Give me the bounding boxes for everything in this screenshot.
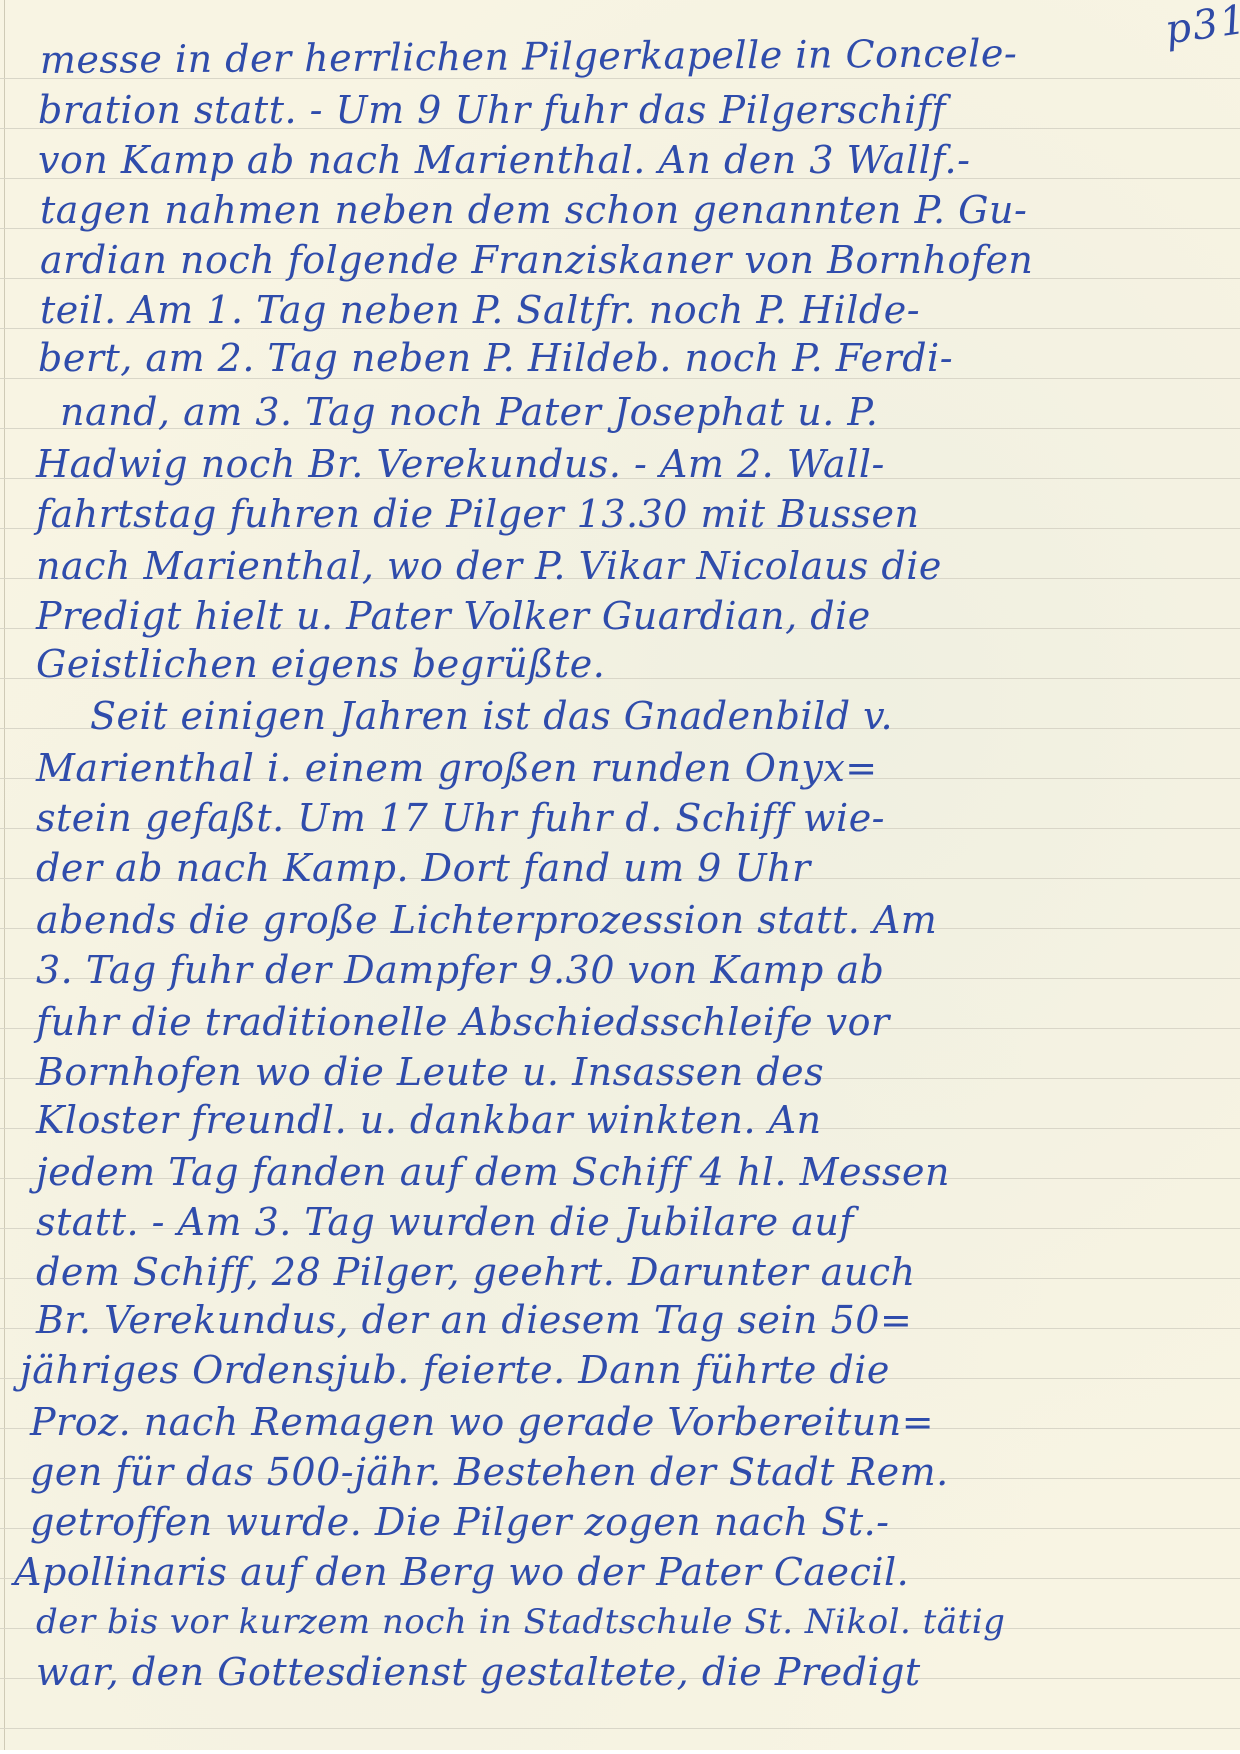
handwritten-line: nand, am 3. Tag noch Pater Josephat u. P…: [60, 392, 1240, 432]
handwritten-line: Apollinaris auf den Berg wo der Pater Ca…: [14, 1552, 1204, 1592]
handwritten-line: messe in der herrlichen Pilgerkapelle in…: [40, 32, 1230, 80]
handwritten-line: Geistlichen eigens begrüßte.: [36, 644, 1226, 684]
page-bottom-edge: [0, 1750, 1240, 1754]
handwritten-line: jedem Tag fanden auf dem Schiff 4 hl. Me…: [36, 1152, 1226, 1192]
handwritten-line: ardian noch folgende Franziskaner von Bo…: [40, 240, 1230, 280]
handwritten-line: fahrtstag fuhren die Pilger 13.30 mit Bu…: [36, 494, 1226, 534]
handwritten-line: stein gefaßt. Um 17 Uhr fuhr d. Schiff w…: [36, 798, 1226, 838]
handwritten-line: Br. Verekundus, der an diesem Tag sein 5…: [36, 1300, 1226, 1340]
handwritten-line: statt. - Am 3. Tag wurden die Jubilare a…: [36, 1202, 1226, 1242]
handwritten-line: jähriges Ordensjub. feierte. Dann führte…: [20, 1350, 1210, 1390]
handwritten-line: Seit einigen Jahren ist das Gnadenbild v…: [90, 696, 1240, 736]
margin-line: [4, 0, 5, 1750]
handwritten-line: bration statt. - Um 9 Uhr fuhr das Pilge…: [38, 90, 1228, 130]
handwritten-line: getroffen wurde. Die Pilger zogen nach S…: [30, 1502, 1220, 1542]
handwritten-line: von Kamp ab nach Marienthal. An den 3 Wa…: [38, 140, 1228, 180]
handwritten-line: Proz. nach Remagen wo gerade Vorbereitun…: [30, 1402, 1220, 1442]
handwritten-line: der ab nach Kamp. Dort fand um 9 Uhr: [36, 848, 1226, 888]
handwritten-line: Marienthal i. einem großen runden Onyx=: [36, 748, 1226, 788]
notebook-page: p31 messe in der herrlichen Pilgerkapell…: [0, 0, 1240, 1750]
handwritten-line: teil. Am 1. Tag neben P. Saltfr. noch P.…: [40, 290, 1230, 330]
handwritten-line: war, den Gottesdienst gestaltete, die Pr…: [36, 1652, 1226, 1692]
handwritten-line: bert, am 2. Tag neben P. Hildeb. noch P.…: [38, 338, 1228, 378]
handwritten-line: Bornhofen wo die Leute u. Insassen des: [36, 1052, 1226, 1092]
handwritten-line: abends die große Lichterprozession statt…: [36, 900, 1226, 940]
handwritten-line: tagen nahmen neben dem schon genannten P…: [40, 190, 1230, 230]
handwritten-line: dem Schiff, 28 Pilger, geehrt. Darunter …: [36, 1252, 1226, 1292]
handwritten-line: 3. Tag fuhr der Dampfer 9.30 von Kamp ab: [36, 950, 1226, 990]
handwritten-line: Predigt hielt u. Pater Volker Guardian, …: [36, 596, 1226, 636]
handwritten-line: Kloster freundl. u. dankbar winkten. An: [36, 1100, 1226, 1140]
ruled-line: [0, 1728, 1240, 1729]
handwritten-line: der bis vor kurzem noch in Stadtschule S…: [36, 1602, 1226, 1642]
handwritten-line: gen für das 500-jähr. Bestehen der Stadt…: [30, 1452, 1220, 1492]
handwritten-line: Hadwig noch Br. Verekundus. - Am 2. Wall…: [36, 444, 1226, 484]
handwritten-line: nach Marienthal, wo der P. Vikar Nicolau…: [36, 546, 1226, 586]
handwritten-line: fuhr die traditionelle Abschiedsschleife…: [36, 1002, 1226, 1042]
